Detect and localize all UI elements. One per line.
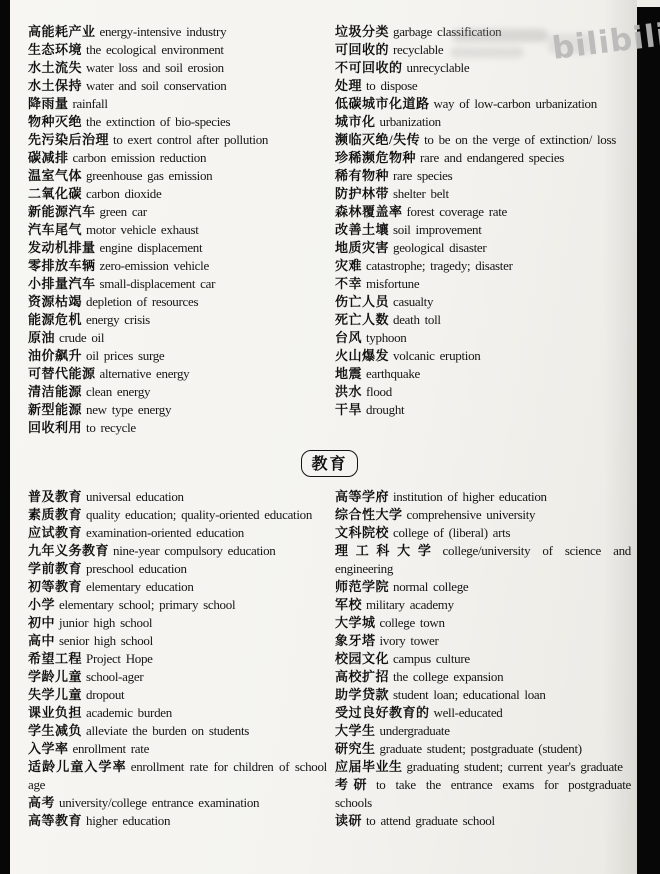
chinese-term: 生态环境 bbox=[28, 42, 82, 57]
vocab-entry: 受过良好教育的well-educated bbox=[335, 704, 631, 722]
english-translation: new type energy bbox=[86, 402, 171, 417]
vocab-entry: 灾难catastrophe; tragedy; disaster bbox=[335, 257, 631, 275]
chinese-term: 物种灭绝 bbox=[28, 114, 82, 129]
english-translation: forest coverage rate bbox=[407, 204, 508, 219]
english-translation: crude oil bbox=[59, 330, 104, 345]
vocab-entry: 物种灭绝the extinction of bio-species bbox=[28, 113, 327, 131]
scanned-book-page: bilibili 高能耗产业energy-intensive industry … bbox=[0, 0, 660, 874]
vocab-entry: 汽车尾气motor vehicle exhaust bbox=[28, 221, 327, 239]
vocab-entry: 希望工程Project Hope bbox=[28, 650, 327, 668]
chinese-term: 理工科大学 bbox=[335, 543, 439, 558]
english-translation: university/college entrance examination bbox=[59, 795, 259, 810]
chinese-term: 适龄儿童入学率 bbox=[28, 759, 127, 774]
english-translation: universal education bbox=[86, 489, 184, 504]
english-translation: soil improvement bbox=[393, 222, 482, 237]
vocab-entry: 油价飙升oil prices surge bbox=[28, 347, 327, 365]
english-translation: depletion of resources bbox=[86, 294, 198, 309]
chinese-term: 象牙塔 bbox=[335, 633, 376, 648]
vocab-entry: 九年义务教育nine-year compulsory education bbox=[28, 542, 327, 560]
english-translation: comprehensive university bbox=[407, 507, 536, 522]
chinese-term: 发动机排量 bbox=[28, 240, 96, 255]
chinese-term: 原油 bbox=[28, 330, 55, 345]
section-header-education: 教育 bbox=[28, 450, 631, 477]
vocab-entry: 零排放车辆zero-emission vehicle bbox=[28, 257, 327, 275]
chinese-term: 回收利用 bbox=[28, 420, 82, 435]
english-translation: graduating student; current year's gradu… bbox=[407, 759, 623, 774]
vocab-entry: 军校military academy bbox=[335, 596, 631, 614]
environment-column-right: 垃圾分类garbage classification 可回收的recyclabl… bbox=[335, 23, 631, 437]
environment-column-left: 高能耗产业energy-intensive industry 生态环境the e… bbox=[28, 23, 327, 437]
vocab-entry: 小学elementary school; primary school bbox=[28, 596, 327, 614]
left-black-border bbox=[0, 0, 10, 874]
english-translation: to be on the verge of extinction/ loss bbox=[424, 132, 616, 147]
english-translation: earthquake bbox=[366, 366, 420, 381]
english-translation: energy-intensive industry bbox=[100, 24, 227, 39]
chinese-term: 城市化 bbox=[335, 114, 376, 129]
vocab-entry: 象牙塔ivory tower bbox=[335, 632, 631, 650]
chinese-term: 高等学府 bbox=[335, 489, 389, 504]
english-translation: nine-year compulsory education bbox=[113, 543, 276, 558]
vocab-entry: 地质灾害geological disaster bbox=[335, 239, 631, 257]
chinese-term: 校园文化 bbox=[335, 651, 389, 666]
vocab-entry: 文科院校college of (liberal) arts bbox=[335, 524, 631, 542]
vocab-entry: 学龄儿童school-ager bbox=[28, 668, 327, 686]
english-translation: senior high school bbox=[59, 633, 153, 648]
chinese-term: 能源危机 bbox=[28, 312, 82, 327]
english-translation: elementary education bbox=[86, 579, 194, 594]
chinese-term: 考研 bbox=[335, 777, 372, 792]
vocab-entry: 伤亡人员casualty bbox=[335, 293, 631, 311]
english-translation: to exert control after pollution bbox=[113, 132, 268, 147]
chinese-term: 大学城 bbox=[335, 615, 376, 630]
vocab-entry: 学生减负alleviate the burden on students bbox=[28, 722, 327, 740]
chinese-term: 课业负担 bbox=[28, 705, 82, 720]
english-translation: college town bbox=[380, 615, 445, 630]
vocab-entry: 初中junior high school bbox=[28, 614, 327, 632]
vocab-entry: 火山爆发volcanic eruption bbox=[335, 347, 631, 365]
english-translation: typhoon bbox=[366, 330, 407, 345]
vocab-entry: 高等学府institution of higher education bbox=[335, 488, 631, 506]
english-translation: motor vehicle exhaust bbox=[86, 222, 199, 237]
chinese-term: 小学 bbox=[28, 597, 55, 612]
english-translation: oil prices surge bbox=[86, 348, 164, 363]
chinese-term: 可替代能源 bbox=[28, 366, 96, 381]
english-translation: Project Hope bbox=[86, 651, 153, 666]
vocab-entry: 高考university/college entrance examinatio… bbox=[28, 794, 327, 812]
english-translation: way of low-carbon urbanization bbox=[434, 96, 597, 111]
vocab-entry: 资源枯竭depletion of resources bbox=[28, 293, 327, 311]
english-translation: to recycle bbox=[86, 420, 136, 435]
english-translation: carbon emission reduction bbox=[73, 150, 207, 165]
english-translation: engine displacement bbox=[100, 240, 203, 255]
chinese-term: 台风 bbox=[335, 330, 362, 345]
chinese-term: 不幸 bbox=[335, 276, 362, 291]
english-translation: water and soil conservation bbox=[86, 78, 227, 93]
english-translation: junior high school bbox=[59, 615, 152, 630]
english-translation: campus culture bbox=[393, 651, 470, 666]
english-translation: to attend graduate school bbox=[366, 813, 495, 828]
english-translation: normal college bbox=[393, 579, 468, 594]
chinese-term: 综合性大学 bbox=[335, 507, 403, 522]
english-translation: geological disaster bbox=[393, 240, 486, 255]
vocab-entry: 读研to attend graduate school bbox=[335, 812, 631, 830]
chinese-term: 助学贷款 bbox=[335, 687, 389, 702]
english-translation: small-displacement car bbox=[100, 276, 216, 291]
english-translation: the ecological environment bbox=[86, 42, 224, 57]
vocab-entry: 改善土壤soil improvement bbox=[335, 221, 631, 239]
chinese-term: 油价飙升 bbox=[28, 348, 82, 363]
chinese-term: 新能源汽车 bbox=[28, 204, 96, 219]
english-translation: quality education; quality-oriented educ… bbox=[86, 507, 312, 522]
english-translation: preschool education bbox=[86, 561, 187, 576]
chinese-term: 高校扩招 bbox=[335, 669, 389, 684]
vocab-entry: 适龄儿童入学率enrollment rate for children of s… bbox=[28, 758, 327, 794]
english-translation: elementary school; primary school bbox=[59, 597, 235, 612]
vocab-entry: 新能源汽车green car bbox=[28, 203, 327, 221]
chinese-term: 大学生 bbox=[335, 723, 376, 738]
vocab-entry: 干旱drought bbox=[335, 401, 631, 419]
vocab-entry: 珍稀濒危物种rare and endangered species bbox=[335, 149, 631, 167]
english-translation: alternative energy bbox=[100, 366, 190, 381]
english-translation: rainfall bbox=[73, 96, 108, 111]
vocab-entry: 应试教育examination-oriented education bbox=[28, 524, 327, 542]
vocab-entry: 高中senior high school bbox=[28, 632, 327, 650]
english-translation: green car bbox=[100, 204, 147, 219]
vocab-entry: 素质教育quality education; quality-oriented … bbox=[28, 506, 327, 524]
chinese-term: 干旱 bbox=[335, 402, 362, 417]
vocab-entry: 大学生undergraduate bbox=[335, 722, 631, 740]
vocab-entry: 二氧化碳carbon dioxide bbox=[28, 185, 327, 203]
chinese-term: 汽车尾气 bbox=[28, 222, 82, 237]
vocab-entry: 考研to take the entrance exams for postgra… bbox=[335, 776, 631, 812]
chinese-term: 军校 bbox=[335, 597, 362, 612]
english-translation: casualty bbox=[393, 294, 433, 309]
vocab-entry: 城市化urbanization bbox=[335, 113, 631, 131]
chinese-term: 温室气体 bbox=[28, 168, 82, 183]
english-translation: enrollment rate bbox=[73, 741, 150, 756]
chinese-term: 垃圾分类 bbox=[335, 24, 389, 39]
vocab-entry: 失学儿童dropout bbox=[28, 686, 327, 704]
english-translation: rare species bbox=[393, 168, 452, 183]
section-title-box: 教育 bbox=[301, 450, 357, 477]
chinese-term: 二氧化碳 bbox=[28, 186, 82, 201]
page-content: 高能耗产业energy-intensive industry 生态环境the e… bbox=[10, 0, 637, 830]
chinese-term: 改善土壤 bbox=[335, 222, 389, 237]
english-translation: energy crisis bbox=[86, 312, 150, 327]
chinese-term: 不可回收的 bbox=[335, 60, 403, 75]
chinese-term: 素质教育 bbox=[28, 507, 82, 522]
education-column-left: 普及教育universal education 素质教育quality educ… bbox=[28, 488, 327, 830]
english-translation: shelter belt bbox=[393, 186, 449, 201]
english-translation: drought bbox=[366, 402, 404, 417]
chinese-term: 处理 bbox=[335, 78, 362, 93]
vocab-entry: 助学贷款student loan; educational loan bbox=[335, 686, 631, 704]
english-translation: academic burden bbox=[86, 705, 172, 720]
vocab-entry: 能源危机energy crisis bbox=[28, 311, 327, 329]
vocab-entry: 普及教育universal education bbox=[28, 488, 327, 506]
english-translation: the extinction of bio-species bbox=[86, 114, 230, 129]
vocab-entry: 洪水flood bbox=[335, 383, 631, 401]
vocab-entry: 高校扩招the college expansion bbox=[335, 668, 631, 686]
vocab-entry: 高等教育higher education bbox=[28, 812, 327, 830]
vocab-entry: 课业负担academic burden bbox=[28, 704, 327, 722]
vocab-entry: 小排量汽车small-displacement car bbox=[28, 275, 327, 293]
vocab-entry: 发动机排量engine displacement bbox=[28, 239, 327, 257]
chinese-term: 灾难 bbox=[335, 258, 362, 273]
english-translation: college of (liberal) arts bbox=[393, 525, 510, 540]
chinese-term: 受过良好教育的 bbox=[335, 705, 430, 720]
vocab-entry: 温室气体greenhouse gas emission bbox=[28, 167, 327, 185]
vocab-entry: 回收利用to recycle bbox=[28, 419, 327, 437]
education-column-right: 高等学府institution of higher education 综合性大… bbox=[335, 488, 631, 830]
chinese-term: 九年义务教育 bbox=[28, 543, 109, 558]
english-translation: school-ager bbox=[86, 669, 143, 684]
english-translation: recyclable bbox=[393, 42, 443, 57]
chinese-term: 火山爆发 bbox=[335, 348, 389, 363]
vocab-entry: 稀有物种rare species bbox=[335, 167, 631, 185]
vocab-entry: 入学率enrollment rate bbox=[28, 740, 327, 758]
vocab-entry: 大学城college town bbox=[335, 614, 631, 632]
vocab-entry: 综合性大学comprehensive university bbox=[335, 506, 631, 524]
vocab-entry: 清洁能源clean energy bbox=[28, 383, 327, 401]
chinese-term: 高能耗产业 bbox=[28, 24, 96, 39]
vocab-entry: 防护林带shelter belt bbox=[335, 185, 631, 203]
vocab-entry: 生态环境the ecological environment bbox=[28, 41, 327, 59]
english-translation: death toll bbox=[393, 312, 441, 327]
chinese-term: 可回收的 bbox=[335, 42, 389, 57]
chinese-term: 高考 bbox=[28, 795, 55, 810]
chinese-term: 希望工程 bbox=[28, 651, 82, 666]
chinese-term: 应届毕业生 bbox=[335, 759, 403, 774]
chinese-term: 降雨量 bbox=[28, 96, 69, 111]
vocab-entry: 高能耗产业energy-intensive industry bbox=[28, 23, 327, 41]
chinese-term: 死亡人数 bbox=[335, 312, 389, 327]
vocab-entry: 台风typhoon bbox=[335, 329, 631, 347]
vocab-entry: 低碳城市化道路way of low-carbon urbanization bbox=[335, 95, 631, 113]
vocab-entry: 研究生graduate student; postgraduate (stude… bbox=[335, 740, 631, 758]
english-translation: zero-emission vehicle bbox=[100, 258, 209, 273]
english-translation: urbanization bbox=[380, 114, 441, 129]
chinese-term: 师范学院 bbox=[335, 579, 389, 594]
vocab-entry: 校园文化campus culture bbox=[335, 650, 631, 668]
vocab-entry: 不幸misfortune bbox=[335, 275, 631, 293]
english-translation: misfortune bbox=[366, 276, 419, 291]
english-translation: volcanic eruption bbox=[393, 348, 481, 363]
chinese-term: 读研 bbox=[335, 813, 362, 828]
chinese-term: 珍稀濒危物种 bbox=[335, 150, 416, 165]
chinese-term: 低碳城市化道路 bbox=[335, 96, 430, 111]
chinese-term: 应试教育 bbox=[28, 525, 82, 540]
chinese-term: 高中 bbox=[28, 633, 55, 648]
english-translation: dropout bbox=[86, 687, 124, 702]
chinese-term: 稀有物种 bbox=[335, 168, 389, 183]
chinese-term: 伤亡人员 bbox=[335, 294, 389, 309]
english-translation: alleviate the burden on students bbox=[86, 723, 249, 738]
vocab-entry: 水土保持water and soil conservation bbox=[28, 77, 327, 95]
vocab-entry: 新型能源new type energy bbox=[28, 401, 327, 419]
chinese-term: 学前教育 bbox=[28, 561, 82, 576]
chinese-term: 入学率 bbox=[28, 741, 69, 756]
vocab-entry: 降雨量rainfall bbox=[28, 95, 327, 113]
chinese-term: 碳减排 bbox=[28, 150, 69, 165]
chinese-term: 森林覆盖率 bbox=[335, 204, 403, 219]
vocab-entry: 森林覆盖率forest coverage rate bbox=[335, 203, 631, 221]
vocab-entry: 师范学院normal college bbox=[335, 578, 631, 596]
chinese-term: 学生减负 bbox=[28, 723, 82, 738]
chinese-term: 学龄儿童 bbox=[28, 669, 82, 684]
english-translation: well-educated bbox=[434, 705, 503, 720]
vocab-entry: 原油crude oil bbox=[28, 329, 327, 347]
english-translation: the college expansion bbox=[393, 669, 503, 684]
vocab-entry: 先污染后治理to exert control after pollution bbox=[28, 131, 327, 149]
chinese-term: 清洁能源 bbox=[28, 384, 82, 399]
chinese-term: 普及教育 bbox=[28, 489, 82, 504]
english-translation: flood bbox=[366, 384, 392, 399]
chinese-term: 高等教育 bbox=[28, 813, 82, 828]
chinese-term: 失学儿童 bbox=[28, 687, 82, 702]
chinese-term: 小排量汽车 bbox=[28, 276, 96, 291]
english-translation: to take the entrance exams for postgradu… bbox=[335, 777, 631, 810]
english-translation: institution of higher education bbox=[393, 489, 547, 504]
vocab-entry: 水土流失water loss and soil erosion bbox=[28, 59, 327, 77]
chinese-term: 文科院校 bbox=[335, 525, 389, 540]
english-translation: undergraduate bbox=[380, 723, 450, 738]
vocab-entry: 处理to dispose bbox=[335, 77, 631, 95]
english-translation: rare and endangered species bbox=[420, 150, 564, 165]
chinese-term: 研究生 bbox=[335, 741, 376, 756]
english-translation: student loan; educational loan bbox=[393, 687, 546, 702]
chinese-term: 水土保持 bbox=[28, 78, 82, 93]
chinese-term: 地质灾害 bbox=[335, 240, 389, 255]
chinese-term: 洪水 bbox=[335, 384, 362, 399]
english-translation: graduate student; postgraduate (student) bbox=[380, 741, 582, 756]
english-translation: examination-oriented education bbox=[86, 525, 244, 540]
vocab-entry: 濒临灭绝/失传to be on the verge of extinction/… bbox=[335, 131, 631, 149]
education-vocab-section: 普及教育universal education 素质教育quality educ… bbox=[28, 488, 631, 830]
vocab-entry: 理工科大学college/university of science and e… bbox=[335, 542, 631, 578]
english-translation: military academy bbox=[366, 597, 454, 612]
english-translation: ivory tower bbox=[380, 633, 439, 648]
vocab-entry: 应届毕业生graduating student; current year's … bbox=[335, 758, 631, 776]
chinese-term: 地震 bbox=[335, 366, 362, 381]
chinese-term: 防护林带 bbox=[335, 186, 389, 201]
vocab-entry: 初等教育elementary education bbox=[28, 578, 327, 596]
english-translation: greenhouse gas emission bbox=[86, 168, 212, 183]
vocab-entry: 碳减排carbon emission reduction bbox=[28, 149, 327, 167]
vocab-entry: 死亡人数death toll bbox=[335, 311, 631, 329]
watermark-smudge bbox=[450, 47, 524, 58]
english-translation: water loss and soil erosion bbox=[86, 60, 224, 75]
english-translation: clean energy bbox=[86, 384, 150, 399]
chinese-term: 濒临灭绝/失传 bbox=[335, 132, 420, 147]
english-translation: to dispose bbox=[366, 78, 417, 93]
watermark-smudge bbox=[452, 29, 548, 42]
chinese-term: 初等教育 bbox=[28, 579, 82, 594]
chinese-term: 初中 bbox=[28, 615, 55, 630]
environment-vocab-section: 高能耗产业energy-intensive industry 生态环境the e… bbox=[28, 23, 631, 437]
english-translation: carbon dioxide bbox=[86, 186, 161, 201]
vocab-entry: 可替代能源alternative energy bbox=[28, 365, 327, 383]
chinese-term: 水土流失 bbox=[28, 60, 82, 75]
english-translation: unrecyclable bbox=[407, 60, 470, 75]
vocab-entry: 地震earthquake bbox=[335, 365, 631, 383]
english-translation: higher education bbox=[86, 813, 170, 828]
chinese-term: 资源枯竭 bbox=[28, 294, 82, 309]
right-black-border bbox=[637, 7, 660, 874]
chinese-term: 先污染后治理 bbox=[28, 132, 109, 147]
chinese-term: 新型能源 bbox=[28, 402, 82, 417]
english-translation: catastrophe; tragedy; disaster bbox=[366, 258, 513, 273]
chinese-term: 零排放车辆 bbox=[28, 258, 96, 273]
vocab-entry: 学前教育preschool education bbox=[28, 560, 327, 578]
